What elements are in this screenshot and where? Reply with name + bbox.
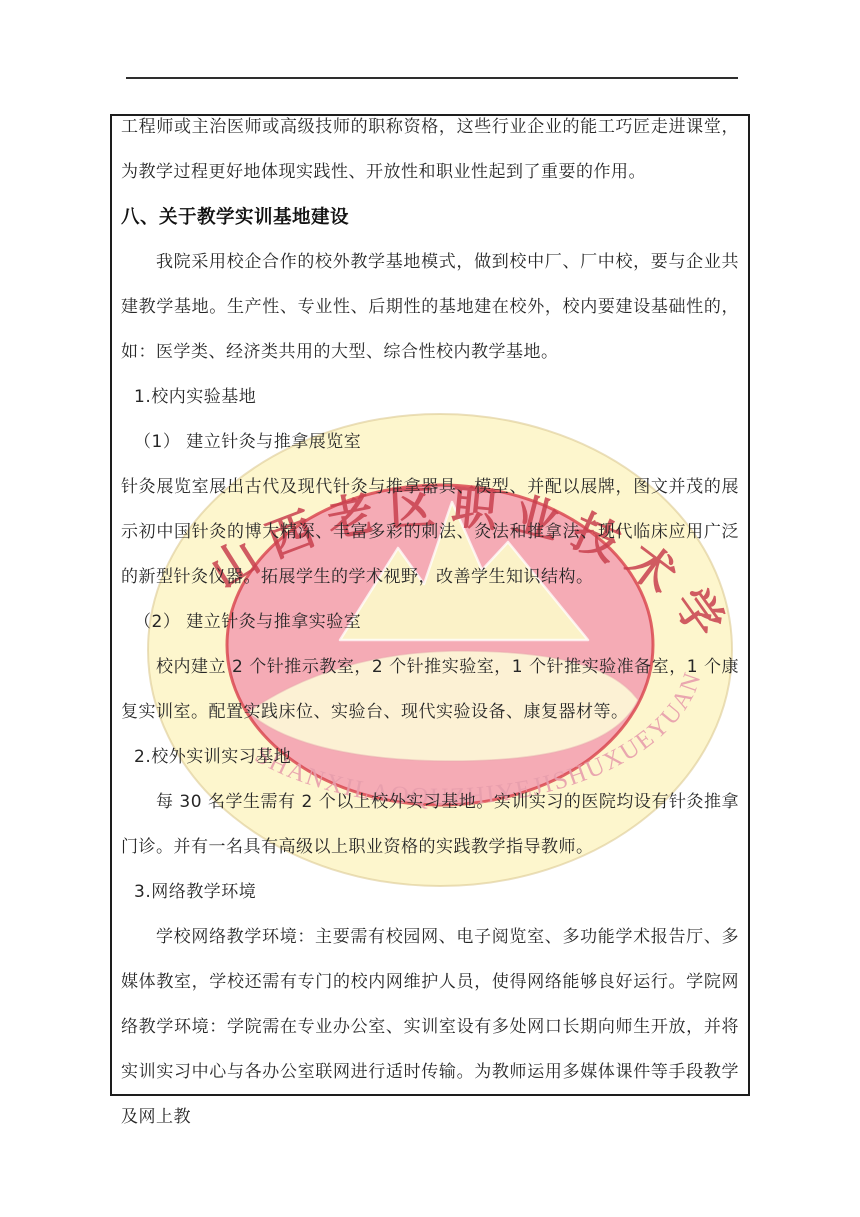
document-page: 山西老区职业技术学院 SHANXILAOQUZHIYEJISHUXUEYUAN … bbox=[0, 0, 860, 1217]
content-table-cell bbox=[110, 114, 750, 1096]
header-rule bbox=[126, 77, 738, 79]
